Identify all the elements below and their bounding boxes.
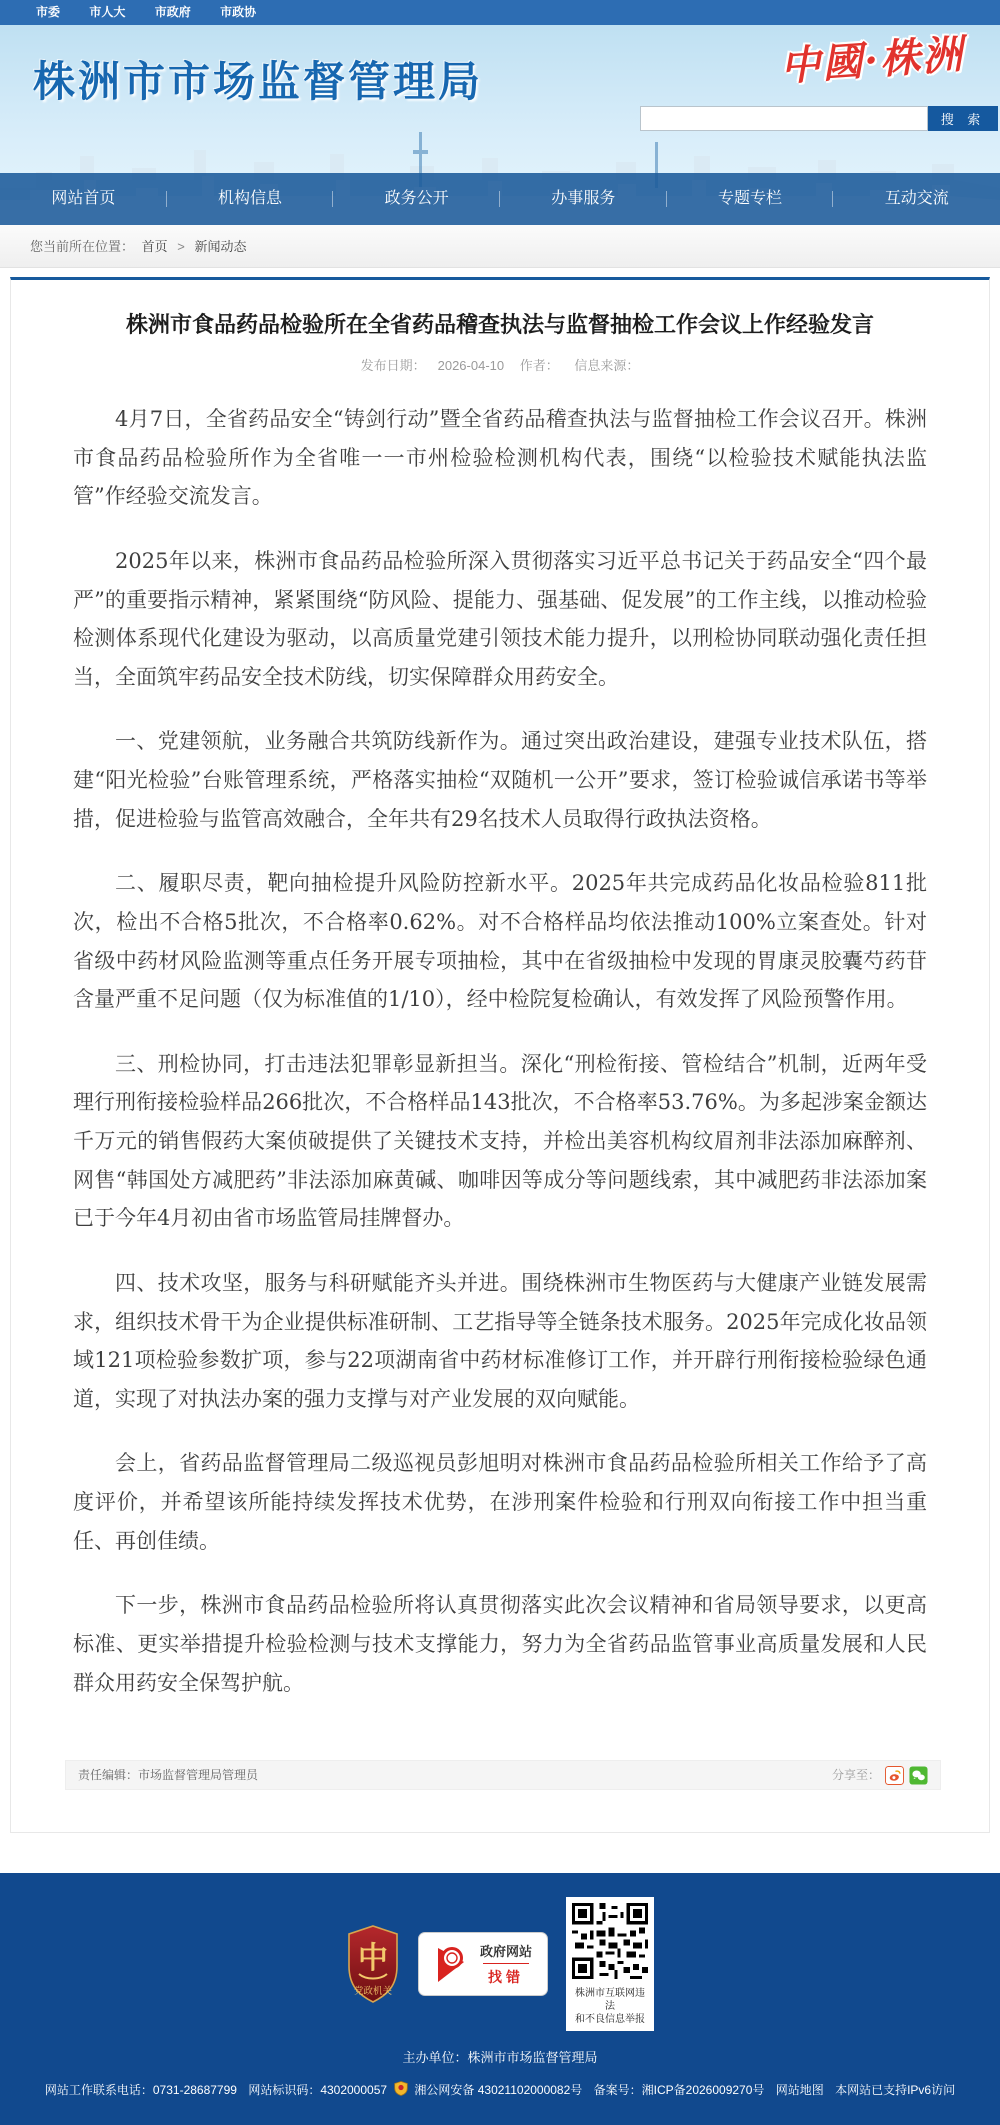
author-label: 作者： <box>520 358 559 373</box>
paragraph: 4月7日，全省药品安全“铸剑行动”暨全省药品稽查执法与监督抽检工作会议召开。株洲… <box>73 400 927 516</box>
nav-item-interaction[interactable]: 互动交流 <box>833 173 1000 225</box>
footer-info-line: 网站工作联系电话：0731-28687799 网站标识码：4302000057 … <box>0 2081 1000 2099</box>
search-input[interactable] <box>640 106 928 131</box>
icp-beian-link[interactable]: 备案号：湘ICP备2026009270号 <box>594 2083 765 2097</box>
nav-item-gov-open[interactable]: 政务公开 <box>333 173 500 225</box>
topbar-link-zhengfu[interactable]: 市政府 <box>155 5 191 19</box>
party-government-badge-label: 党政机关 <box>354 1985 393 1997</box>
nav-item-home[interactable]: 网站首页 <box>0 173 167 225</box>
sitemap-link[interactable]: 网站地图 <box>776 2083 824 2097</box>
footer-badges: 中 党政机关 政府网站 找错 <box>0 1897 1000 2031</box>
paragraph: 三、刑检协同，打击违法犯罪彰显新担当。深化“刑检衔接、管检结合”机制，近两年受理… <box>73 1045 927 1238</box>
paragraph: 二、履职尽责，靶向抽检提升风险防控新水平。2025年共完成药品化妆品检验811批… <box>73 864 927 1019</box>
search-bar: 搜 索 <box>640 106 998 131</box>
gongan-beian-link[interactable]: 湘公网安备 43021102000082号 <box>414 2083 582 2097</box>
site-title: 株洲市市场监督管理局 <box>33 49 483 109</box>
error-report-badge-text: 政府网站 找错 <box>480 1941 532 1987</box>
topbar-link-renda[interactable]: 市人大 <box>89 5 125 19</box>
qr-code-image <box>572 1903 648 1979</box>
qr-caption-line1: 株洲市互联网违法 <box>571 1987 649 2013</box>
paragraph: 下一步，株洲市食品药品检验所将认真贯彻落实此次会议精神和省局领导要求，以更高标准… <box>73 1586 927 1702</box>
weibo-share-icon[interactable] <box>885 1766 904 1785</box>
nav-item-org-info[interactable]: 机构信息 <box>167 173 334 225</box>
paragraph: 四、技术攻坚，服务与科研赋能齐头并进。围绕株洲市生物医药与大健康产业链发展需求，… <box>73 1264 927 1419</box>
editor-bar: 责任编辑：市场监督管理局管理员 分享至： <box>65 1760 941 1790</box>
error-report-line2: 找错 <box>488 1967 524 1987</box>
contact-phone: 网站工作联系电话：0731-28687799 <box>45 2083 237 2097</box>
share-area: 分享至： <box>832 1761 928 1789</box>
search-button[interactable]: 搜 索 <box>928 106 998 131</box>
article-meta: 发布日期：2026-04-10 作者： 信息来源： <box>11 355 989 374</box>
paragraph: 会上，省药品监督管理局二级巡视员彭旭明对株洲市食品药品检验所相关工作给予了高度评… <box>73 1444 927 1560</box>
ipv6-support-note: 本网站已支持IPv6访问 <box>835 2083 955 2097</box>
police-badge-icon <box>394 2081 408 2096</box>
organizer-line: 主办单位：株洲市市场监督管理局 <box>0 2047 1000 2066</box>
publish-date-value: 2026-04-10 <box>438 358 505 373</box>
illegal-info-report-qr: 株洲市互联网违法 和不良信息举报 <box>566 1897 654 2031</box>
breadcrumb-current-link[interactable]: 新闻动态 <box>195 239 247 254</box>
qr-caption: 株洲市互联网违法 和不良信息举报 <box>571 1987 649 2026</box>
article-body: 4月7日，全省药品安全“铸剑行动”暨全省药品稽查执法与监督抽检工作会议召开。株洲… <box>11 400 989 1702</box>
site-identifier-code: 网站标识码：4302000057 <box>248 2083 387 2097</box>
paragraph: 2025年以来，株洲市食品药品检验所深入贯彻落实习近平总书记关于药品安全“四个最… <box>73 542 927 697</box>
main-navigation: 网站首页 机构信息 政务公开 办事服务 专题专栏 互动交流 <box>0 173 1000 225</box>
party-government-badge-icon[interactable]: 中 党政机关 <box>346 1924 400 2004</box>
breadcrumb-prefix: 您当前所在位置： <box>30 239 134 254</box>
publish-date-label: 发布日期： <box>361 358 426 373</box>
editor-credit: 责任编辑：市场监督管理局管理员 <box>78 1761 258 1789</box>
topbar-link-zhengxie[interactable]: 市政协 <box>220 5 256 19</box>
error-report-line1: 政府网站 <box>480 1941 532 1960</box>
divider <box>483 1963 529 1964</box>
paragraph: 一、党建领航，业务融合共筑防线新作为。通过突出政治建设，建强专业技术队伍，搭建“… <box>73 722 927 838</box>
article-card: 株洲市食品药品检验所在全省药品稽查执法与监督抽检工作会议上作经验发言 发布日期：… <box>10 277 990 1833</box>
topbar-link-shiwei[interactable]: 市委 <box>36 5 60 19</box>
site-banner: 株洲市市场监督管理局 中國·株洲 搜 索 网站首页 机构信息 政务公开 办事服务… <box>0 25 1000 225</box>
qr-caption-line2: 和不良信息举报 <box>571 2013 649 2026</box>
gov-site-error-report-badge[interactable]: 政府网站 找错 <box>418 1932 548 1996</box>
breadcrumb-home-link[interactable]: 首页 <box>142 239 168 254</box>
breadcrumb-separator: > <box>177 239 185 254</box>
government-links-bar: 市委 市人大 市政府 市政协 <box>0 0 1000 25</box>
source-label: 信息来源： <box>574 358 639 373</box>
page-footer: 中 党政机关 政府网站 找错 <box>0 1873 1000 2125</box>
breadcrumb: 您当前所在位置： 首页 > 新闻动态 <box>0 225 1000 268</box>
nav-item-services[interactable]: 办事服务 <box>500 173 667 225</box>
magnifier-icon <box>434 1942 474 1986</box>
china-zhuzhou-logo: 中國·株洲 <box>778 25 965 92</box>
wechat-share-icon[interactable] <box>909 1766 928 1785</box>
share-label: 分享至： <box>832 1761 880 1789</box>
article-title: 株洲市食品药品检验所在全省药品稽查执法与监督抽检工作会议上作经验发言 <box>71 310 929 340</box>
svg-text:中: 中 <box>358 1942 388 1975</box>
nav-item-special[interactable]: 专题专栏 <box>667 173 834 225</box>
